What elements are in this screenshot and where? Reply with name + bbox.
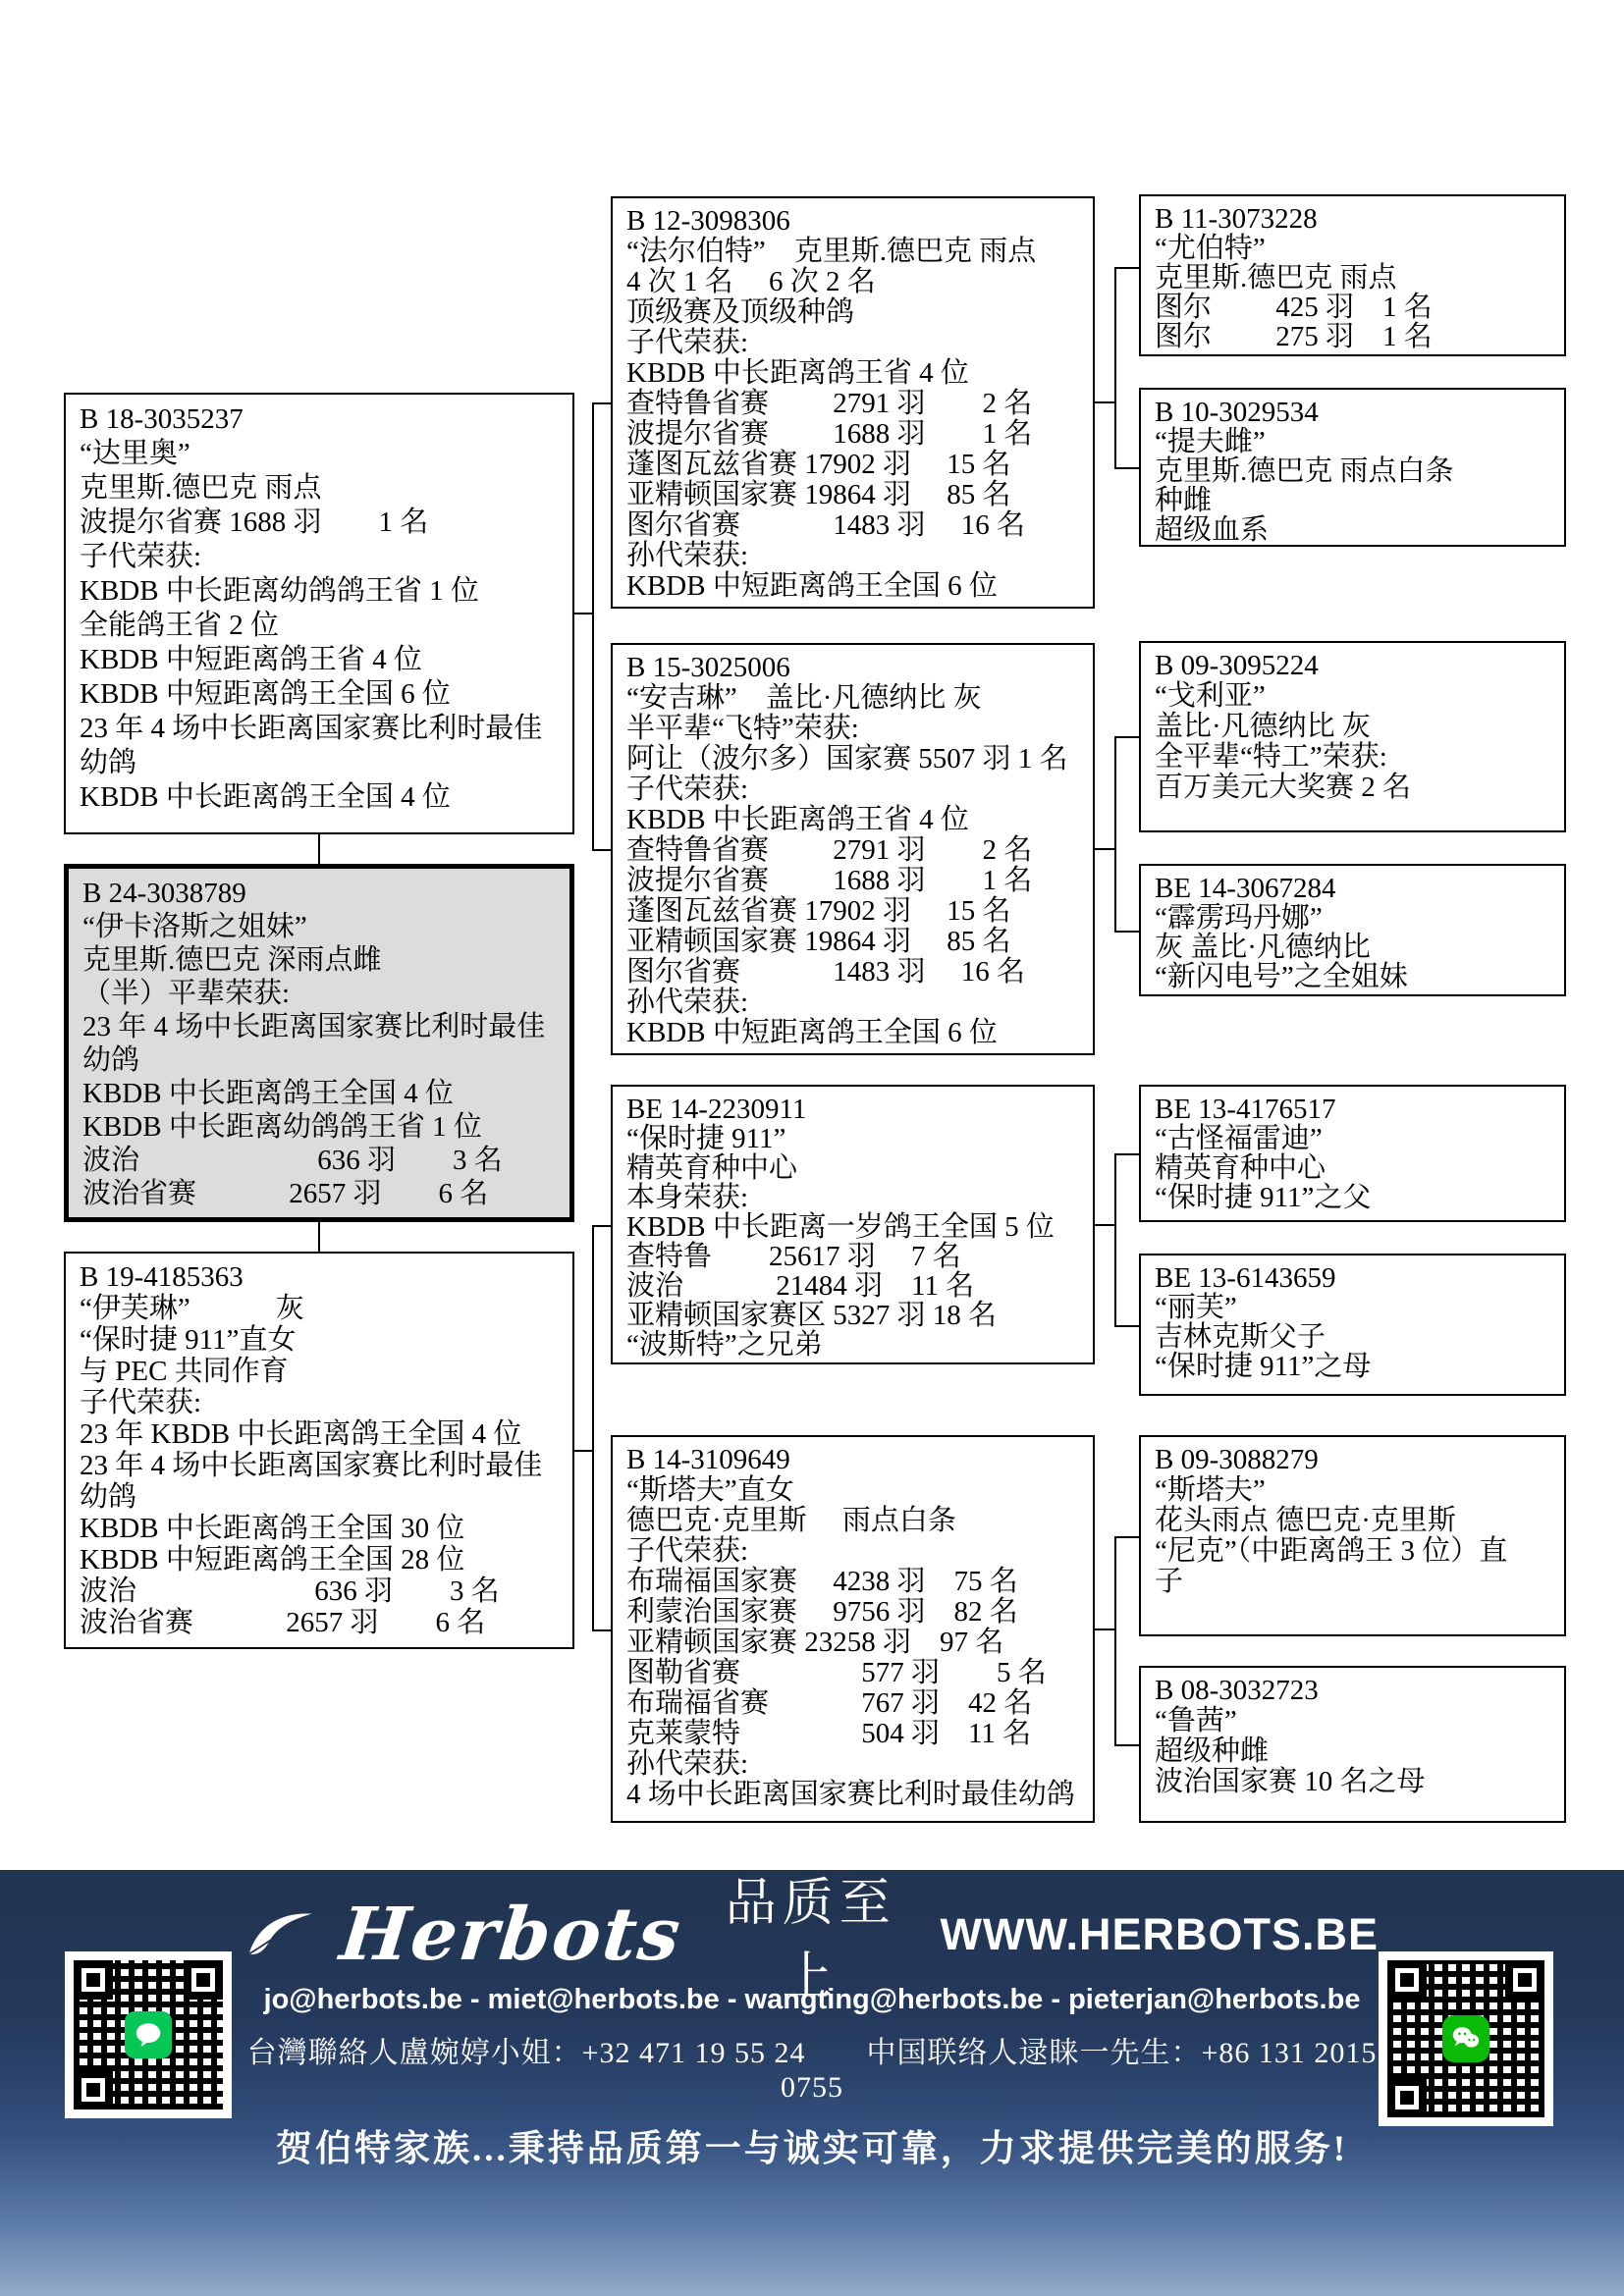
text-line: 波提尔省赛 1688 羽 1 名: [626, 866, 1079, 896]
text-line: 全能鸽王省 2 位: [80, 609, 559, 643]
text-line: “斯塔夫”直女: [626, 1475, 1079, 1506]
text-line: 亚精顿国家赛 23258 羽 97 名: [626, 1628, 1079, 1658]
text-line: B 18-3035237: [80, 402, 559, 437]
text-line: 子代荣获:: [80, 1387, 559, 1418]
connector-line: [574, 1450, 593, 1452]
connector-line: [1116, 1153, 1139, 1155]
text-line: KBDB 中长距离幼鸽鸽王省 1 位: [80, 574, 559, 609]
text-line: 子: [1155, 1567, 1550, 1597]
text-line: 幼鸽: [82, 1043, 556, 1077]
text-line: B 08-3032723: [1155, 1676, 1550, 1706]
connector-line: [594, 402, 611, 404]
text-line: B 15-3025006: [626, 653, 1079, 683]
connector-line: [1116, 1325, 1139, 1327]
text-line: 吉林克斯父子: [1155, 1322, 1550, 1352]
text-line: “斯塔夫”: [1155, 1475, 1550, 1506]
connector-line: [592, 402, 594, 851]
text-line: 百万美元大奖赛 2 名: [1155, 773, 1550, 803]
qr-pattern: [74, 1960, 223, 2109]
text-line: 图尔 425 羽 1 名: [1155, 293, 1550, 322]
footer: Herbots 品质至上 WWW.HERBOTS.BE jo@herbots.b…: [0, 1870, 1624, 2296]
qr-finder-icon: [184, 1960, 223, 2000]
text-line: 波治 21484 羽 11 名: [626, 1271, 1079, 1301]
text-line: BE 13-4176517: [1155, 1095, 1550, 1124]
pedigree-page: B 18-3035237“达里奥”克里斯.德巴克 雨点波提尔省赛 1688 羽 …: [0, 0, 1624, 2296]
connector-line: [1116, 931, 1139, 933]
connector-line: [1116, 1536, 1139, 1538]
text-line: B 09-3088279: [1155, 1445, 1550, 1475]
text-line: 阿让（波尔多）国家赛 5507 羽 1 名: [626, 744, 1079, 774]
text-line: 德巴克·克里斯 雨点白条: [626, 1506, 1079, 1536]
text-line: 图勒省赛 577 羽 5 名: [626, 1658, 1079, 1688]
text-line: 精英育种中心: [626, 1153, 1079, 1183]
pedigree-box-subject-b24: B 24-3038789“伊卡洛斯之姐妹”克里斯.德巴克 深雨点雌（半）平辈荣获…: [64, 864, 574, 1222]
text-line: 波治省赛 2657 羽 6 名: [80, 1607, 559, 1638]
brand-row: Herbots 品质至上 WWW.HERBOTS.BE: [245, 1890, 1379, 1980]
text-line: KBDB 中短距离鸽王全国 28 位: [80, 1544, 559, 1575]
connector-line: [318, 834, 320, 864]
text-line: 蓬图瓦兹省赛 17902 羽 15 名: [626, 896, 1079, 927]
footer-center: Herbots 品质至上 WWW.HERBOTS.BE jo@herbots.b…: [245, 1890, 1379, 2171]
pedigree-box-b11: B 11-3073228“尤伯特”克里斯.德巴克 雨点图尔 425 羽 1 名图…: [1139, 194, 1566, 356]
qr-finder-icon: [74, 2070, 113, 2109]
pedigree-box-dam-b19: B 19-4185363“伊芙琳” 灰“保时捷 911”直女与 PEC 共同作育…: [64, 1252, 574, 1649]
text-line: BE 14-2230911: [626, 1095, 1079, 1124]
connector-line: [1095, 401, 1116, 403]
pedigree-box-b09-staf: B 09-3088279“斯塔夫”花头雨点 德巴克·克里斯“尼克”（中距离鸽王 …: [1139, 1435, 1566, 1636]
text-line: 蓬图瓦兹省赛 17902 羽 15 名: [626, 450, 1079, 480]
text-line: 查特鲁省赛 2791 羽 2 名: [626, 835, 1079, 866]
connector-line: [1116, 267, 1139, 269]
text-line: “安吉琳” 盖比·凡德纳比 灰: [626, 683, 1079, 714]
text-line: KBDB 中短距离鸽王省 4 位: [80, 643, 559, 677]
text-line: 顶级赛及顶级种鸽: [626, 297, 1079, 328]
text-line: “保时捷 911”之母: [1155, 1352, 1550, 1381]
text-line: 子代荣获:: [626, 774, 1079, 805]
pedigree-box-be13-lieve: BE 13-6143659“丽芙”吉林克斯父子“保时捷 911”之母: [1139, 1254, 1566, 1396]
pedigree-box-be14-madonna: BE 14-3067284“霹雳玛丹娜”灰 盖比·凡德纳比“新闪电号”之全姐妹: [1139, 864, 1566, 996]
text-line: “法尔伯特” 克里斯.德巴克 雨点: [626, 237, 1079, 267]
text-line: B 24-3038789: [82, 877, 556, 910]
qr-pattern: [1387, 1960, 1544, 2117]
text-line: 波提尔省赛 1688 羽 1 名: [626, 419, 1079, 450]
text-line: 亚精顿国家赛 19864 羽 85 名: [626, 480, 1079, 510]
text-line: 超级血系: [1155, 515, 1550, 545]
text-line: “古怪福雷迪”: [1155, 1124, 1550, 1153]
text-line: （半）平辈荣获:: [82, 977, 556, 1010]
brand-wordmark: Herbots: [337, 1893, 686, 1977]
text-line: B 09-3095224: [1155, 651, 1550, 681]
pedigree-box-sire-b18: B 18-3035237“达里奥”克里斯.德巴克 雨点波提尔省赛 1688 羽 …: [64, 393, 574, 834]
text-line: 亚精顿国家赛 19864 羽 85 名: [626, 927, 1079, 957]
text-line: 孙代荣获:: [626, 1749, 1079, 1780]
feather-icon: [245, 1905, 315, 1964]
text-line: 子代荣获:: [80, 540, 559, 574]
connector-line: [1116, 1744, 1139, 1746]
text-line: 23 年 4 场中长距离国家赛比利时最佳: [80, 1450, 559, 1481]
connector-line: [1116, 467, 1139, 469]
connector-line: [594, 1225, 611, 1227]
text-line: 图尔省赛 1483 羽 16 名: [626, 510, 1079, 541]
text-line: KBDB 中长距离鸽王省 4 位: [626, 805, 1079, 835]
connector-line: [1114, 1536, 1116, 1746]
text-line: B 14-3109649: [626, 1445, 1079, 1475]
text-line: 亚精顿国家赛区 5327 羽 18 名: [626, 1301, 1079, 1330]
text-line: 4 场中长距离国家赛比利时最佳幼鸽: [626, 1780, 1079, 1810]
text-line: KBDB 中长距离鸽王全国 4 位: [80, 780, 559, 815]
text-line: 布瑞福省赛 767 羽 42 名: [626, 1688, 1079, 1719]
qr-finder-icon: [1387, 1960, 1427, 2000]
text-line: KBDB 中短距离鸽王全国 6 位: [80, 677, 559, 712]
text-line: 全平辈“特工”荣获:: [1155, 742, 1550, 773]
text-line: 克里斯.德巴克 雨点: [80, 471, 559, 506]
text-line: “保时捷 911”之父: [1155, 1183, 1550, 1212]
text-line: 布瑞福国家赛 4238 羽 75 名: [626, 1567, 1079, 1597]
text-line: B 12-3098306: [626, 206, 1079, 237]
text-line: 图尔 275 羽 1 名: [1155, 322, 1550, 351]
connector-line: [1114, 267, 1116, 469]
text-line: “新闪电号”之全姐妹: [1155, 962, 1550, 991]
text-line: KBDB 中短距离鸽王全国 6 位: [626, 1018, 1079, 1048]
text-line: 23 年 4 场中长距离国家赛比利时最佳: [82, 1010, 556, 1043]
text-line: “尤伯特”: [1155, 234, 1550, 263]
text-line: 本身荣获:: [626, 1183, 1079, 1212]
text-line: 克莱蒙特 504 羽 11 名: [626, 1719, 1079, 1749]
text-line: 克里斯.德巴克 深雨点雌: [82, 943, 556, 977]
text-line: 精英育种中心: [1155, 1153, 1550, 1183]
text-line: 种雌: [1155, 486, 1550, 515]
text-line: 23 年 4 场中长距离国家赛比利时最佳: [80, 712, 559, 746]
text-line: “霹雳玛丹娜”: [1155, 903, 1550, 933]
connector-line: [1116, 736, 1139, 738]
contact-emails[interactable]: jo@herbots.be - miet@herbots.be - wangti…: [245, 1984, 1379, 2016]
text-line: 利蒙治国家赛 9756 羽 82 名: [626, 1597, 1079, 1628]
text-line: “波斯特”之兄弟: [626, 1330, 1079, 1360]
pedigree-box-b15: B 15-3025006“安吉琳” 盖比·凡德纳比 灰半平辈“飞特”荣获:阿让（…: [611, 643, 1095, 1055]
qr-finder-icon: [74, 1960, 113, 2000]
text-line: “伊芙琳” 灰: [80, 1293, 559, 1324]
text-line: 子代荣获:: [626, 328, 1079, 358]
line-app-icon: [125, 2011, 172, 2058]
pedigree-box-b09-goliath: B 09-3095224“戈利亚”盖比·凡德纳比 灰全平辈“特工”荣获:百万美元…: [1139, 641, 1566, 832]
pedigree-box-b12: B 12-3098306“法尔伯特” 克里斯.德巴克 雨点4 次 1 名 6 次…: [611, 196, 1095, 609]
contact-phones: 台灣聯絡人盧婉婷小姐：+32 471 19 55 24 中国联络人逯睐一先生：+…: [245, 2028, 1379, 2105]
connector-line: [592, 1225, 594, 1631]
text-line: 半平辈“飞特”荣获:: [626, 714, 1079, 744]
text-line: “丽芙”: [1155, 1293, 1550, 1322]
wechat-qr-code: [1379, 1951, 1553, 2126]
text-line: 盖比·凡德纳比 灰: [1155, 712, 1550, 742]
text-line: 波提尔省赛 1688 羽 1 名: [80, 506, 559, 540]
text-line: 幼鸽: [80, 746, 559, 780]
text-line: 超级种雌: [1155, 1736, 1550, 1767]
text-line: B 19-4185363: [80, 1261, 559, 1293]
text-line: 孙代荣获:: [626, 988, 1079, 1018]
text-line: 灰 盖比·凡德纳比: [1155, 933, 1550, 962]
text-line: 查特鲁 25617 羽 7 名: [626, 1242, 1079, 1271]
connector-line: [594, 849, 611, 851]
pedigree-box-b10: B 10-3029534“提夫雌”克里斯.德巴克 雨点白条种雌超级血系: [1139, 388, 1566, 547]
pedigree-box-be13-freddy: BE 13-4176517“古怪福雷迪”精英育种中心“保时捷 911”之父: [1139, 1085, 1566, 1222]
text-line: 4 次 1 名 6 次 2 名: [626, 267, 1079, 297]
text-line: 波治 636 羽 3 名: [82, 1144, 556, 1177]
connector-line: [1095, 848, 1116, 850]
text-line: 克里斯.德巴克 雨点白条: [1155, 456, 1550, 486]
text-line: “保时捷 911”直女: [80, 1324, 559, 1356]
connector-line: [574, 613, 593, 614]
text-line: “戈利亚”: [1155, 681, 1550, 712]
text-line: “伊卡洛斯之姐妹”: [82, 910, 556, 943]
pedigree-box-b08: B 08-3032723“鲁茜”超级种雌波治国家赛 10 名之母: [1139, 1666, 1566, 1823]
website-url[interactable]: WWW.HERBOTS.BE: [941, 1909, 1379, 1960]
footer-tagline: 贺伯特家族...秉持品质第一与诚实可靠，力求提供完美的服务!: [245, 2118, 1379, 2171]
text-line: 23 年 KBDB 中长距离鸽王全国 4 位: [80, 1418, 559, 1450]
text-line: KBDB 中长距离幼鸽鸽王省 1 位: [82, 1110, 556, 1144]
text-line: 波治省赛 2657 羽 6 名: [82, 1177, 556, 1210]
line-qr-code: [65, 1951, 232, 2118]
text-line: BE 13-6143659: [1155, 1263, 1550, 1293]
connector-line: [1095, 1629, 1116, 1630]
text-line: 克里斯.德巴克 雨点: [1155, 263, 1550, 293]
text-line: 波治国家赛 10 名之母: [1155, 1767, 1550, 1797]
connector-line: [1114, 736, 1116, 933]
text-line: KBDB 中长距离一岁鸽王全国 5 位: [626, 1212, 1079, 1242]
text-line: 查特鲁省赛 2791 羽 2 名: [626, 389, 1079, 419]
text-line: KBDB 中长距离鸽王省 4 位: [626, 358, 1079, 389]
connector-line: [594, 1629, 611, 1631]
connector-line: [1114, 1153, 1116, 1327]
pedigree-box-b14: B 14-3109649“斯塔夫”直女德巴克·克里斯 雨点白条子代荣获:布瑞福国…: [611, 1435, 1095, 1823]
text-line: 孙代荣获:: [626, 541, 1079, 571]
text-line: 花头雨点 德巴克·克里斯: [1155, 1506, 1550, 1536]
qr-finder-icon: [1387, 2078, 1427, 2117]
text-line: 子代荣获:: [626, 1536, 1079, 1567]
qr-finder-icon: [1505, 1960, 1544, 2000]
text-line: KBDB 中短距离鸽王全国 6 位: [626, 571, 1079, 602]
text-line: KBDB 中长距离鸽王全国 4 位: [82, 1077, 556, 1110]
text-line: 幼鸽: [80, 1481, 559, 1513]
text-line: BE 14-3067284: [1155, 874, 1550, 903]
text-line: “鲁茜”: [1155, 1706, 1550, 1736]
text-line: 波治 636 羽 3 名: [80, 1575, 559, 1607]
text-line: B 10-3029534: [1155, 398, 1550, 427]
text-line: “达里奥”: [80, 437, 559, 471]
text-line: 与 PEC 共同作育: [80, 1356, 559, 1387]
wechat-icon: [1442, 2015, 1489, 2062]
text-line: B 11-3073228: [1155, 204, 1550, 234]
text-line: “尼克”（中距离鸽王 3 位）直: [1155, 1536, 1550, 1567]
connector-line: [318, 1222, 320, 1252]
pedigree-box-be14-porsche911: BE 14-2230911“保时捷 911”精英育种中心本身荣获:KBDB 中长…: [611, 1085, 1095, 1364]
text-line: 图尔省赛 1483 羽 16 名: [626, 957, 1079, 988]
connector-line: [1095, 1224, 1116, 1226]
text-line: “保时捷 911”: [626, 1124, 1079, 1153]
text-line: “提夫雌”: [1155, 427, 1550, 456]
text-line: KBDB 中长距离鸽王全国 30 位: [80, 1513, 559, 1544]
